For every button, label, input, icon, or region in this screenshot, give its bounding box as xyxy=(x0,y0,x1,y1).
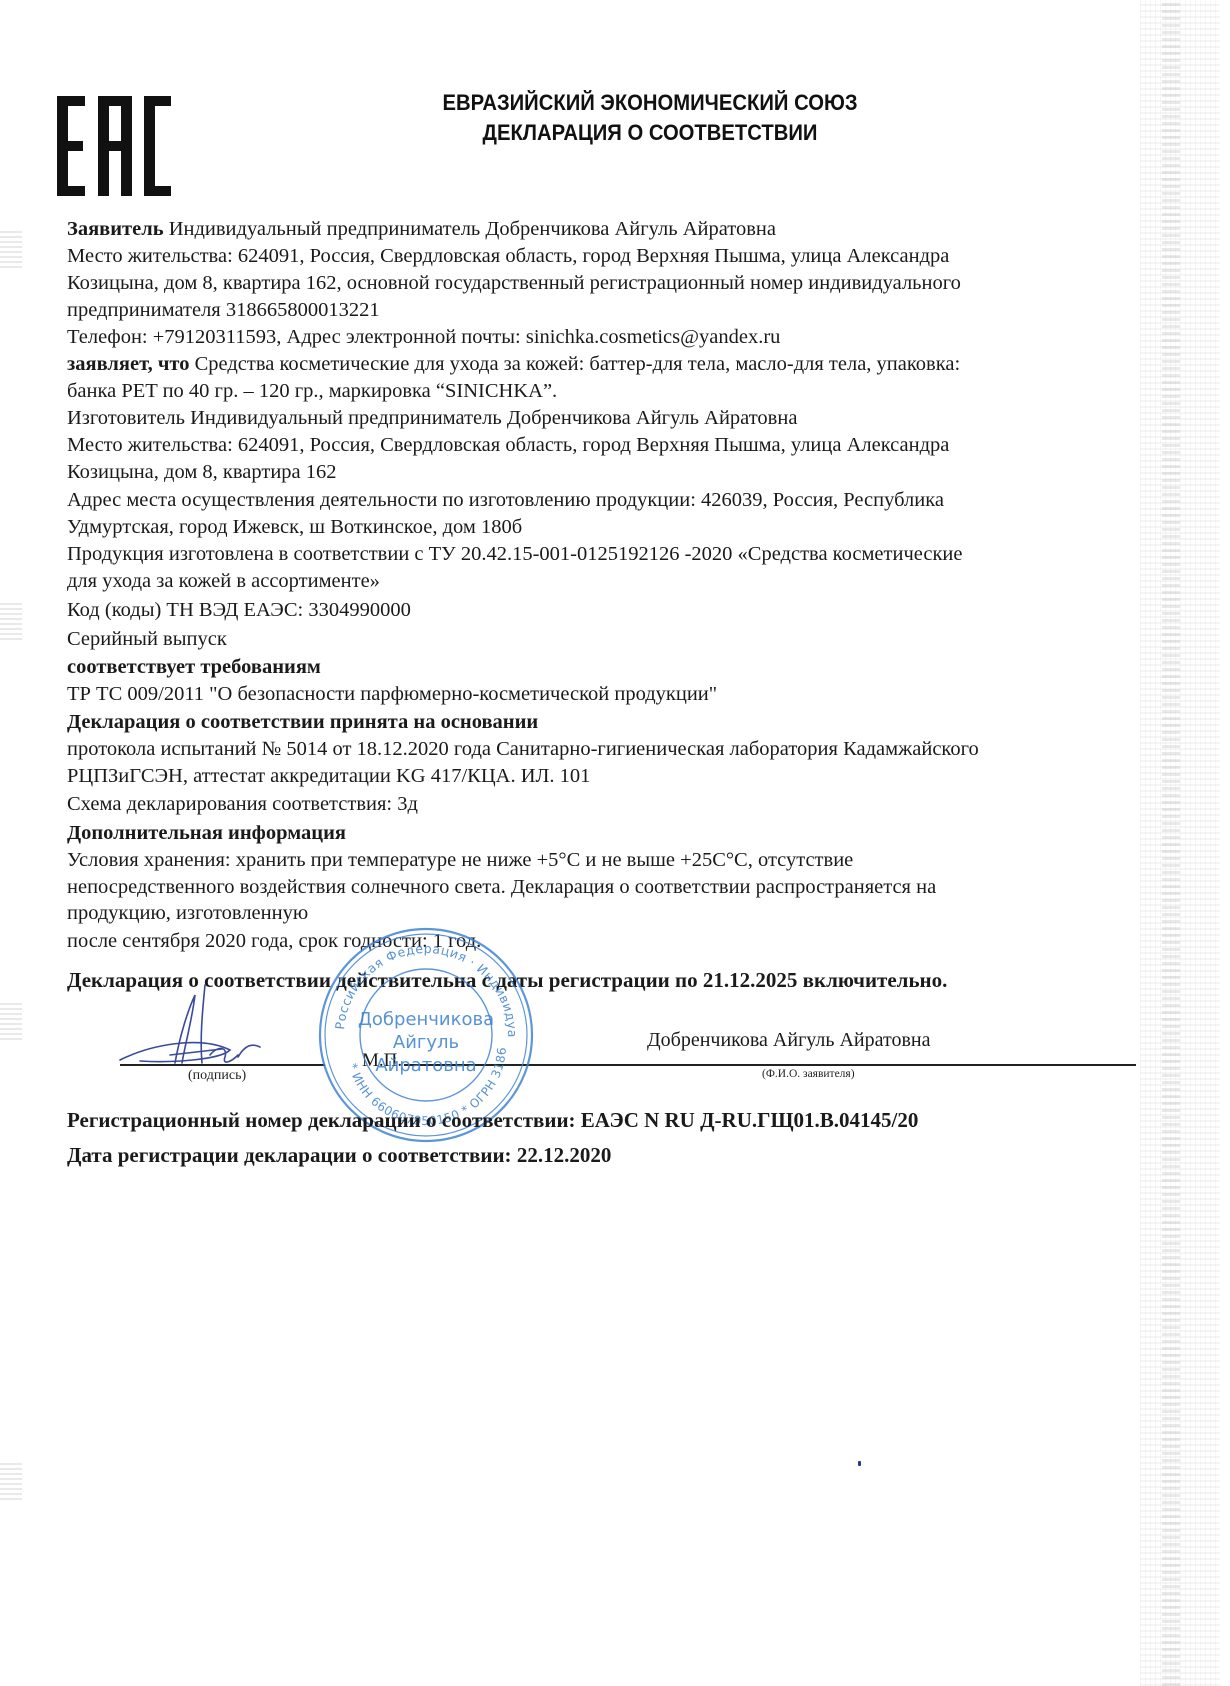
applicant-full-name: Добренчикова Айгуль Айратовна xyxy=(647,1027,931,1053)
manufacturer-address-line: Козицына, дом 8, квартира 162 xyxy=(67,459,337,485)
union-title: ЕВРАЗИЙСКИЙ ЭКОНОМИЧЕСКИЙ СОЮЗ xyxy=(365,88,935,118)
applicant-address-line: Место жительства: 624091, Россия, Свердл… xyxy=(67,243,949,269)
document-header: ЕВРАЗИЙСКИЙ ЭКОНОМИЧЕСКИЙ СОЮЗ ДЕКЛАРАЦИ… xyxy=(365,88,935,148)
eac-mark-icon xyxy=(57,96,171,196)
production-address-line: Удмуртская, город Ижевск, ш Воткинское, … xyxy=(67,514,522,540)
registration-date-label: Дата регистрации декларации о соответств… xyxy=(67,1143,517,1167)
product-standard-line: для ухода за кожей в ассортименте» xyxy=(67,568,380,594)
registration-date-line: Дата регистрации декларации о соответств… xyxy=(67,1142,611,1168)
applicant-label: Заявитель xyxy=(67,218,164,240)
basis-heading: Декларация о соответствии принята на осн… xyxy=(67,709,538,735)
requirements-heading: соответствует требованиям xyxy=(67,654,321,680)
scan-edge-noise xyxy=(0,1000,22,1040)
basis-line: РЦПЗиГСЭН, аттестат аккредитации KG 417/… xyxy=(67,763,590,789)
declaration-scheme: Схема декларирования соответствия: 3д xyxy=(67,791,418,817)
manufacturer-address-line: Место жительства: 624091, Россия, Свердл… xyxy=(67,432,949,458)
additional-line: непосредственного воздействия солнечного… xyxy=(67,874,936,900)
stamp-line: Добренчикова xyxy=(358,1009,494,1030)
registration-number-label: Регистрационный номер декларации о соотв… xyxy=(67,1108,581,1132)
registration-number-value: ЕАЭС N RU Д-RU.ГЩ01.В.04145/20 xyxy=(581,1108,919,1132)
ink-mark xyxy=(858,1461,861,1466)
scan-edge-noise xyxy=(0,228,22,268)
registration-date-value: 22.12.2020 xyxy=(517,1143,612,1167)
additional-line: продукцию, изготовленную xyxy=(67,900,308,926)
declares-text: Средства косметические для ухода за коже… xyxy=(189,353,960,375)
scan-edge-noise xyxy=(0,600,22,640)
additional-line: Условия хранения: хранить при температур… xyxy=(67,847,853,873)
tn-ved-code: Код (коды) ТН ВЭД ЕАЭС: 3304990000 xyxy=(67,597,411,623)
applicant-contacts: Телефон: +79120311593, Адрес электронной… xyxy=(67,324,780,350)
applicant-address-line: предпринимателя 318665800013221 xyxy=(67,297,380,323)
handwritten-signature xyxy=(110,975,280,1075)
declaration-title: ДЕКЛАРАЦИЯ О СООТВЕТСТВИИ xyxy=(365,118,935,148)
release-type: Серийный выпуск xyxy=(67,626,227,652)
basis-line: протокола испытаний № 5014 от 18.12.2020… xyxy=(67,736,979,762)
production-address-line: Адрес места осуществления деятельности п… xyxy=(67,487,944,513)
applicant-address-line: Козицына, дом 8, квартира 162, основной … xyxy=(67,270,961,296)
additional-heading: Дополнительная информация xyxy=(67,820,346,846)
stamp-line: Айгуль xyxy=(393,1032,459,1053)
declares-line: заявляет, что Средства косметические для… xyxy=(67,351,960,377)
applicant-name: Индивидуальный предприниматель Добренчик… xyxy=(164,218,776,240)
requirements-text: ТР ТС 009/2011 "О безопасности парфюмерн… xyxy=(67,681,717,707)
applicant-line: Заявитель Индивидуальный предприниматель… xyxy=(67,216,776,242)
name-caption: (Ф.И.О. заявителя) xyxy=(762,1068,855,1080)
declares-label: заявляет, что xyxy=(67,353,189,375)
scan-edge-noise xyxy=(0,1460,22,1500)
stamp-line: Айратовна xyxy=(375,1055,476,1076)
scan-edge-noise xyxy=(1140,0,1220,1686)
declares-line: банка PET по 40 гр. – 120 гр., маркировк… xyxy=(67,378,557,404)
manufacturer-line: Изготовитель Индивидуальный предпринимат… xyxy=(67,405,797,431)
registration-number-line: Регистрационный номер декларации о соотв… xyxy=(67,1107,918,1133)
product-standard-line: Продукция изготовлена в соответствии с Т… xyxy=(67,541,963,567)
